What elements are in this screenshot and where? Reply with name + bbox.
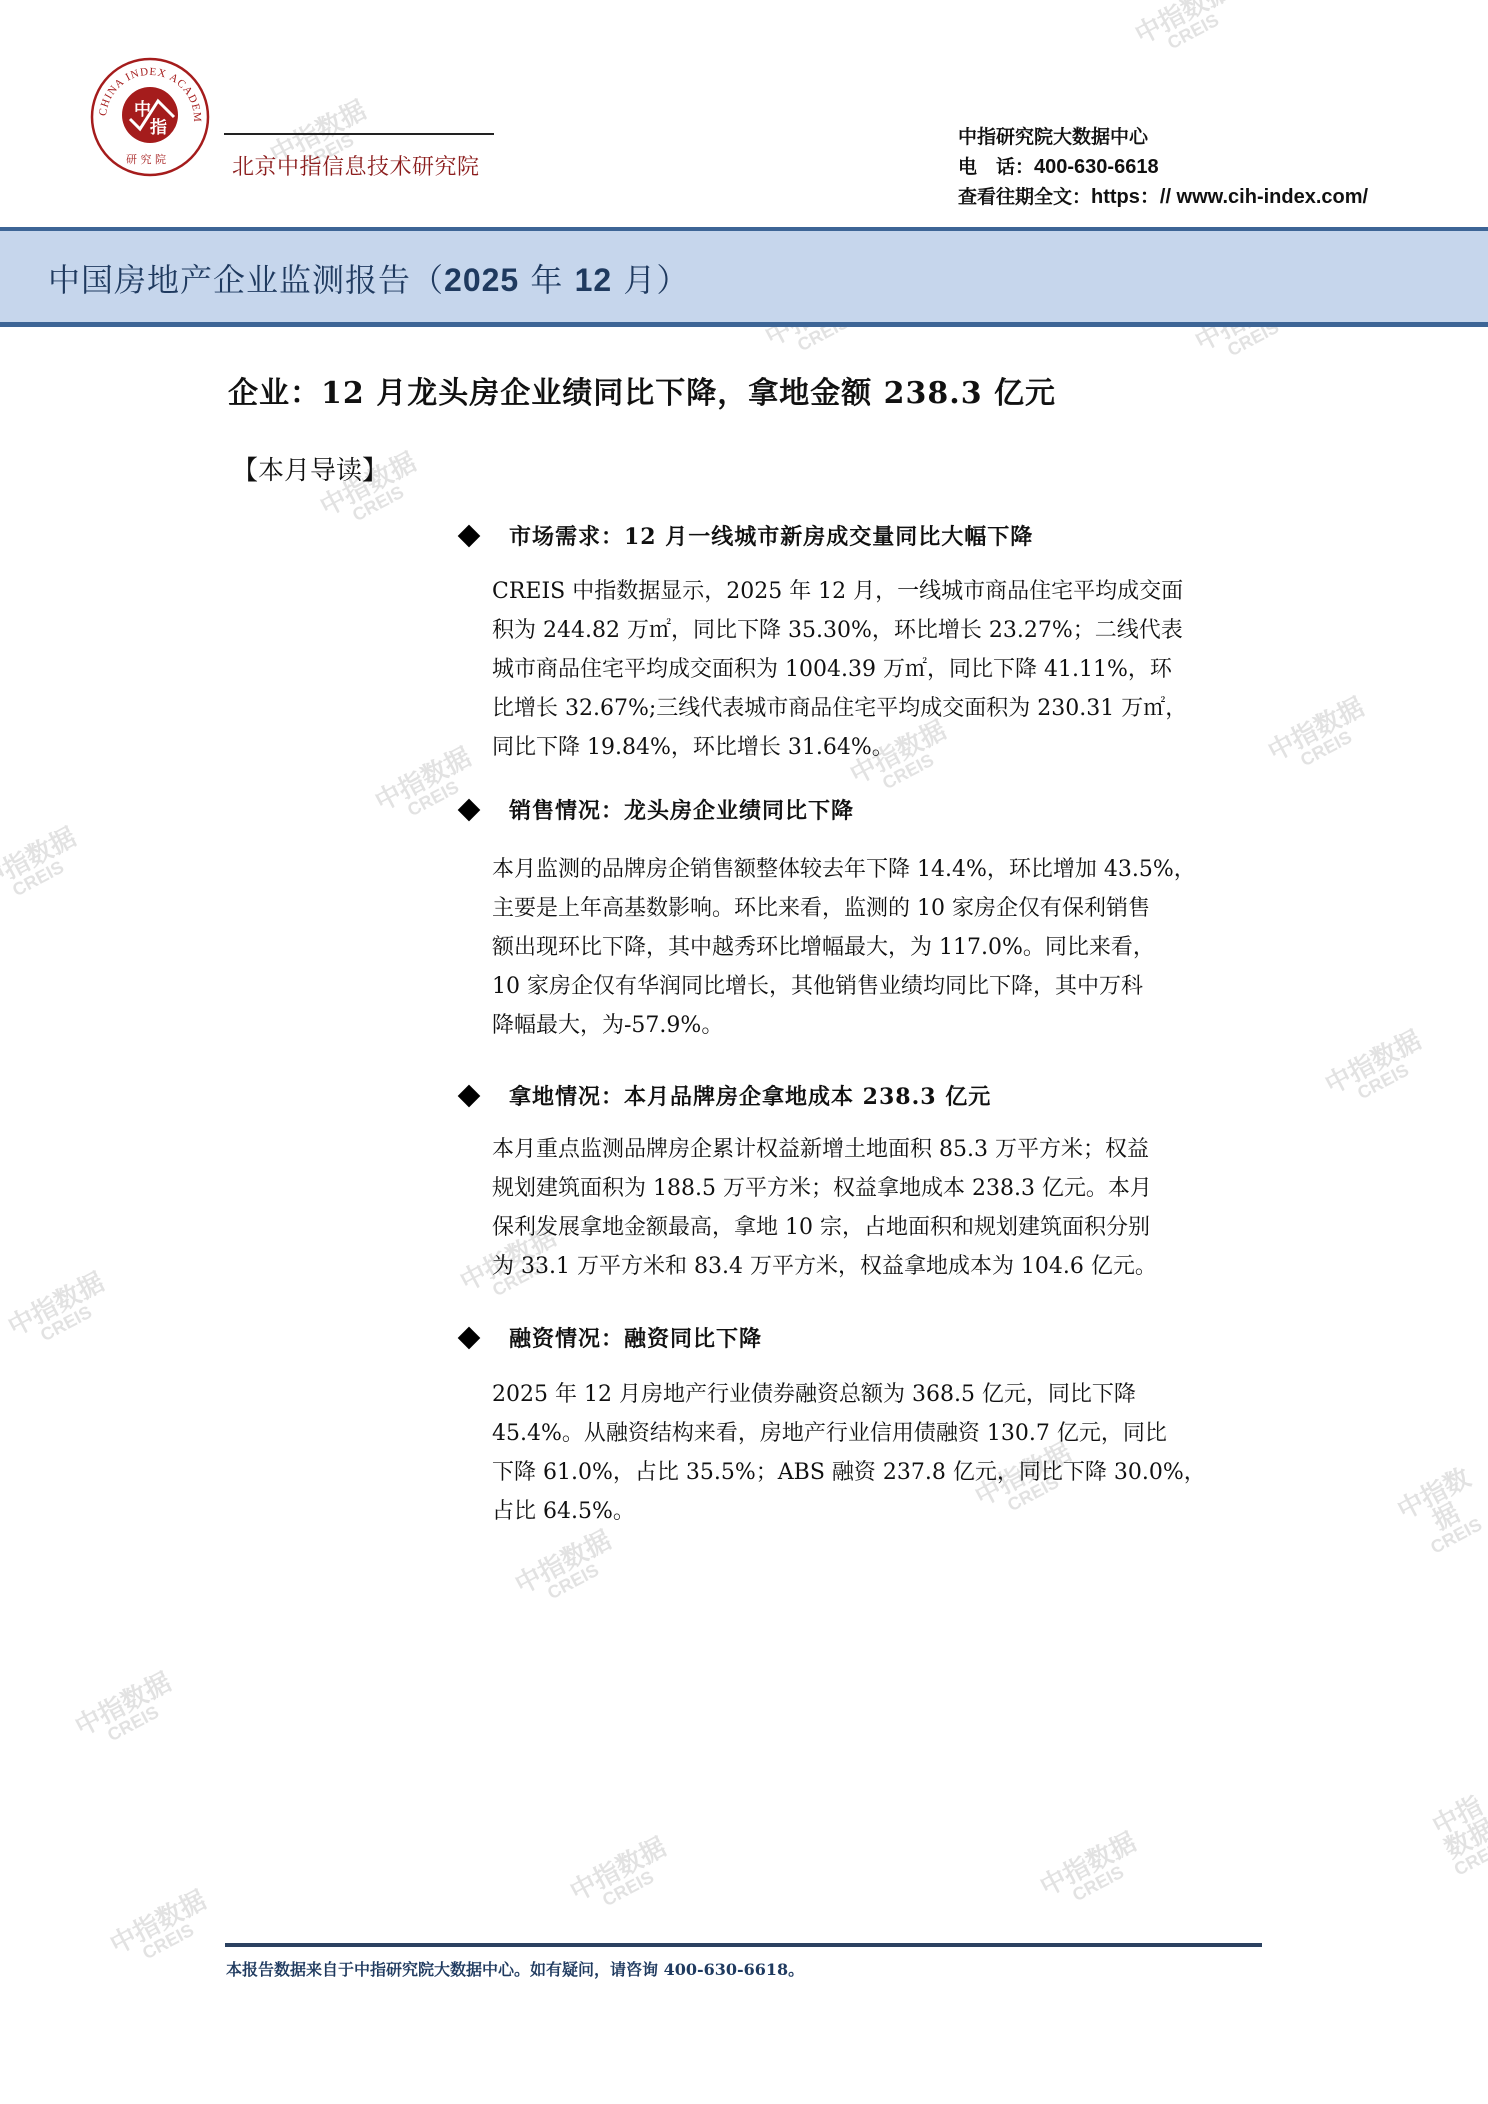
- watermark: 中指数据CREIS: [1131, 0, 1243, 64]
- watermark: 中指数据CREIS: [1427, 1791, 1488, 1879]
- data-center-name: 中指研究院大数据中心: [958, 122, 1368, 152]
- body-line: CREIS 中指数据显示，2025 年 12 月，一线城市商品住宅平均成交面: [492, 572, 1264, 611]
- footer-divider: [225, 1943, 1262, 1947]
- body-line: 城市商品住宅平均成交面积为 1004.39 万㎡，同比下降 41.11%，环: [492, 650, 1264, 689]
- body-line: 主要是上年高基数影响。环比来看，监测的 10 家房企仅有保利销售: [492, 889, 1264, 928]
- watermark: 中指数据CREIS: [1321, 1026, 1433, 1114]
- watermark: 中指数据CREIS: [106, 1886, 218, 1974]
- section-heading-text: 拿地情况：本月品牌房企拿地成本 238.3 亿元: [509, 1080, 991, 1111]
- body-line: 2025 年 12 月房地产行业债券融资总额为 368.5 亿元，同比下降: [492, 1375, 1264, 1414]
- report-year: 2025: [444, 262, 519, 298]
- report-month: 12: [575, 262, 613, 298]
- report-month-unit: 月）: [623, 261, 689, 299]
- body-line: 45.4%。从融资结构来看，房地产行业信用债融资 130.7 亿元，同比: [492, 1414, 1264, 1453]
- contact-block: 中指研究院大数据中心 电 话：400-630-6618 查看往期全文：https…: [958, 122, 1368, 212]
- headline: 企业：12 月龙头房企业绩同比下降，拿地金额 238.3 亿元: [228, 368, 1056, 412]
- archive-link[interactable]: https：// www.cih-index.com/: [1091, 186, 1368, 208]
- watermark: 中指数据CREIS: [1389, 1461, 1488, 1564]
- body-line: 占比 64.5%。: [492, 1492, 1264, 1531]
- archive-line: 查看往期全文：https：// www.cih-index.com/: [958, 182, 1368, 212]
- footer-note: 本报告数据来自于中指研究院大数据中心。如有疑问，请咨询 400-630-6618…: [226, 1957, 804, 1980]
- diamond-bullet-icon: [458, 1326, 481, 1349]
- section-body-sales: 本月监测的品牌房企销售额整体较去年下降 14.4%，环比增加 43.5%， 主要…: [492, 850, 1264, 1045]
- diamond-bullet-icon: [458, 1084, 481, 1107]
- watermark: 中指数据CREIS: [566, 1833, 678, 1921]
- body-line: 比增长 32.67%;三线代表城市商品住宅平均成交面积为 230.31 万㎡，: [492, 689, 1264, 728]
- section-body-land: 本月重点监测品牌房企累计权益新增土地面积 85.3 万平方米；权益 规划建筑面积…: [492, 1130, 1264, 1286]
- phone-number: 400-630-6618: [1034, 156, 1159, 178]
- report-year-unit: 年: [530, 261, 563, 299]
- logo-char-zhong: 中: [134, 95, 151, 120]
- body-line: 积为 244.82 万㎡，同比下降 35.30%，环比增长 23.27%；二线代…: [492, 611, 1264, 650]
- watermark: 中指数据CREIS: [71, 1668, 183, 1756]
- watermark: 中指数据CREIS: [511, 1526, 623, 1614]
- phone-line: 电 话：400-630-6618: [958, 152, 1368, 182]
- body-line: 下降 61.0%，占比 35.5%；ABS 融资 237.8 亿元，同比下降 3…: [492, 1453, 1264, 1492]
- watermark: 中指数据CREIS: [1264, 693, 1376, 781]
- section-body-financing: 2025 年 12 月房地产行业债券融资总额为 368.5 亿元，同比下降 45…: [492, 1375, 1264, 1531]
- phone-label: 电 话：: [958, 156, 1034, 178]
- section-label: 【本月导读】: [232, 450, 388, 487]
- watermark: 中指数据CREIS: [0, 823, 88, 911]
- body-line: 降幅最大，为-57.9%。: [492, 1006, 1264, 1045]
- org-name: 北京中指信息技术研究院: [232, 150, 480, 181]
- section-heading-sales: 销售情况：龙头房企业绩同比下降: [458, 794, 854, 825]
- body-line: 额出现环比下降，其中越秀环比增幅最大，为 117.0%。同比来看，: [492, 928, 1264, 967]
- body-line: 保利发展拿地金额最高，拿地 10 宗，占地面积和规划建筑面积分别: [492, 1208, 1264, 1247]
- report-title: 中国房地产企业监测报告（2025 年 12 月）: [48, 255, 689, 301]
- section-heading-land: 拿地情况：本月品牌房企拿地成本 238.3 亿元: [458, 1080, 991, 1111]
- diamond-bullet-icon: [458, 798, 481, 821]
- section-heading-text: 融资情况：融资同比下降: [509, 1322, 762, 1353]
- body-line: 规划建筑面积为 188.5 万平方米；权益拿地成本 238.3 亿元。本月: [492, 1169, 1264, 1208]
- body-line: 本月重点监测品牌房企累计权益新增土地面积 85.3 万平方米；权益: [492, 1130, 1264, 1169]
- body-line: 为 33.1 万平方米和 83.4 万平方米，权益拿地成本为 104.6 亿元。: [492, 1247, 1264, 1286]
- section-body-market: CREIS 中指数据显示，2025 年 12 月，一线城市商品住宅平均成交面 积…: [492, 572, 1264, 767]
- section-heading-financing: 融资情况：融资同比下降: [458, 1322, 762, 1353]
- body-line: 10 家房企仅有华润同比增长，其他销售业绩均同比下降，其中万科: [492, 967, 1264, 1006]
- section-heading-text: 市场需求：12 月一线城市新房成交量同比大幅下降: [509, 520, 1033, 551]
- body-line: 本月监测的品牌房企销售额整体较去年下降 14.4%，环比增加 43.5%，: [492, 850, 1264, 889]
- logo-bottom-text: 研 究 院: [126, 151, 166, 167]
- logo-char-zhi: 指: [150, 113, 167, 138]
- section-heading-market: 市场需求：12 月一线城市新房成交量同比大幅下降: [458, 520, 1033, 551]
- org-divider: [224, 133, 494, 135]
- body-line: 同比下降 19.84%，环比增长 31.64%。: [492, 728, 1264, 767]
- china-index-academy-logo: CHINA INDEX ACADEMY 中 指 研 究 院: [88, 57, 212, 177]
- section-heading-text: 销售情况：龙头房企业绩同比下降: [509, 794, 854, 825]
- watermark: 中指数据CREIS: [1036, 1828, 1148, 1916]
- report-title-text: 中国房地产企业监测报告（: [48, 261, 444, 299]
- diamond-bullet-icon: [458, 524, 481, 547]
- archive-label: 查看往期全文：: [958, 186, 1091, 208]
- watermark: 中指数据CREIS: [4, 1268, 116, 1356]
